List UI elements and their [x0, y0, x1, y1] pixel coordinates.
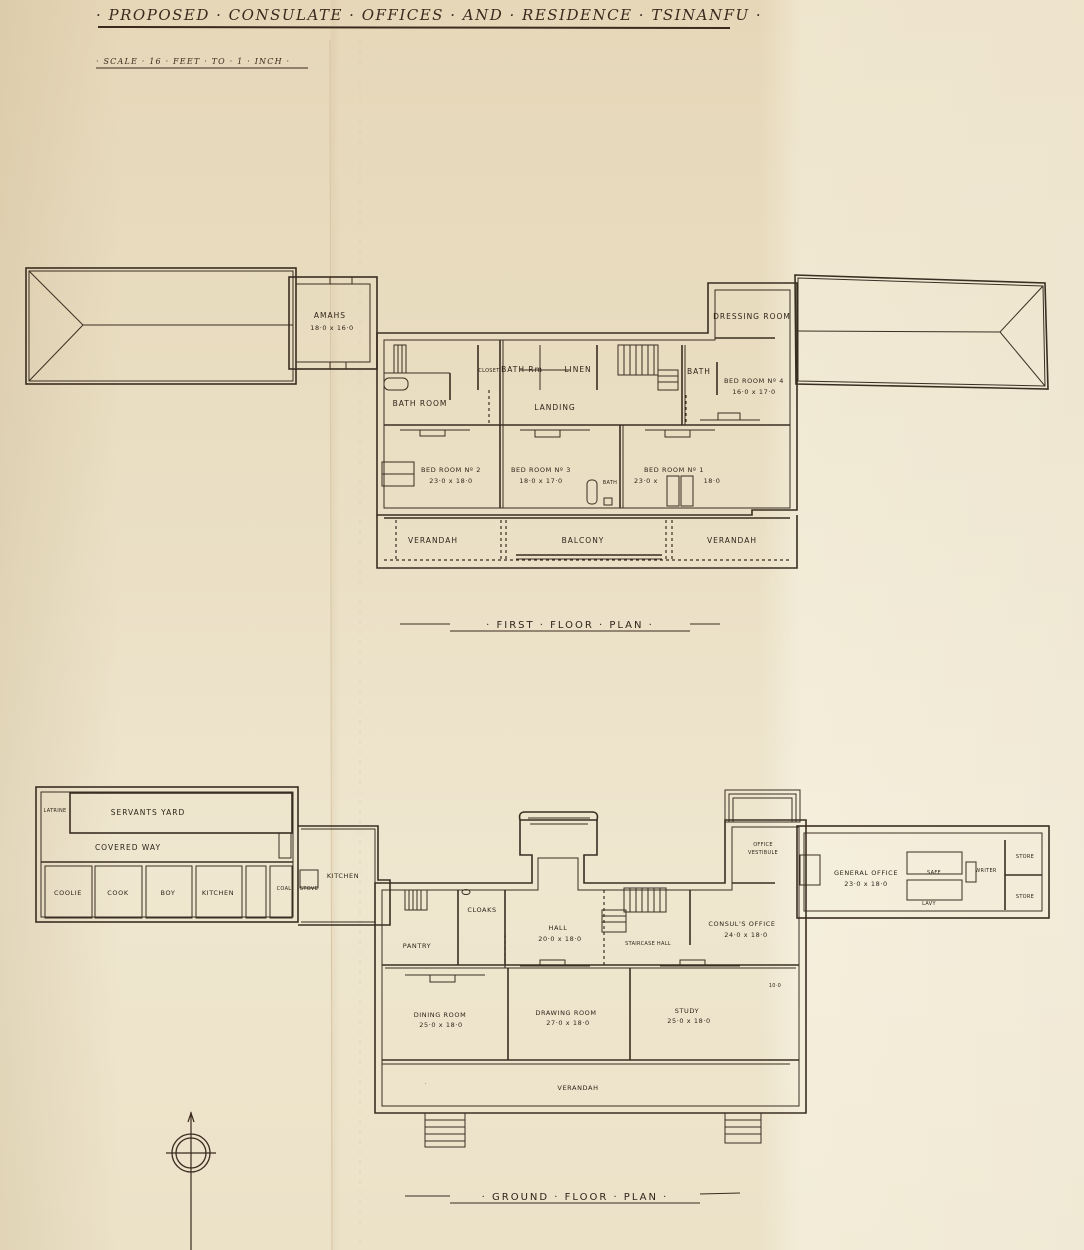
- ground-floor-plan-title: · GROUND · FLOOR · PLAN ·: [482, 1192, 669, 1203]
- room-label-pantry: PANTRY: [403, 942, 431, 950]
- first-floor-plan: AMAHS 18·0 x 16·0 BATH ROOM CLOSET BATH …: [26, 268, 1048, 631]
- room-label-kitchen: KITCHEN: [327, 872, 359, 880]
- room-label-bed-room-4: BED ROOM Nº 4: [724, 377, 784, 385]
- room-label-cook: COOK: [107, 889, 129, 897]
- room-label-closet: CLOSET: [478, 368, 500, 374]
- room-size-bed-room-1-b: 18·0: [704, 477, 721, 485]
- room-label-stove: STOVE: [300, 886, 318, 892]
- room-label-verandah: VERANDAH: [557, 1084, 598, 1092]
- room-label-coolie: COOLIE: [54, 889, 82, 897]
- room-size-bed-room-1-a: 23·0 x: [634, 477, 658, 485]
- room-label-hall: HALL: [549, 924, 568, 932]
- room-size-study: 25·0 x 18·0: [667, 1017, 711, 1025]
- room-label-bath-room: BATH ROOM: [393, 399, 448, 408]
- room-label-study: STUDY: [675, 1007, 699, 1015]
- passage-dimension: 10·0: [769, 983, 781, 989]
- room-label-balcony: BALCONY: [562, 536, 605, 545]
- room-label-dining-room: DINING ROOM: [414, 1011, 467, 1019]
- room-label-office-vestibule-a: OFFICE: [753, 842, 773, 848]
- room-label-safe: SAFE: [927, 870, 941, 876]
- room-label-bath-upper: BATH: [687, 367, 711, 376]
- room-size-bed-room-4: 16·0 x 17·0: [732, 388, 776, 396]
- room-label-writer: WRITER: [975, 868, 997, 874]
- ground-floor-stair: [405, 888, 666, 932]
- room-label-bed-room-3: BED ROOM Nº 3: [511, 466, 571, 474]
- document-title: · PROPOSED · CONSULATE · OFFICES · AND ·…: [96, 6, 762, 24]
- drawing-sheet: · PROPOSED · CONSULATE · OFFICES · AND ·…: [0, 0, 1084, 1250]
- room-label-store-2: STORE: [1016, 894, 1034, 900]
- room-size-hall: 20·0 x 18·0: [538, 935, 582, 943]
- room-size-dining-room: 25·0 x 18·0: [419, 1021, 463, 1029]
- ground-floor-plan: · LATRINE SERVANTS YARD COVERED WAY COOL…: [36, 787, 1049, 1203]
- left-roof: [26, 268, 296, 384]
- room-size-amahs: 18·0 x 16·0: [310, 324, 354, 332]
- room-size-general-office: 23·0 x 18·0: [844, 880, 888, 888]
- svg-text:·: ·: [425, 1081, 427, 1087]
- room-label-verandah-left: VERANDAH: [408, 536, 458, 545]
- room-label-lav: LAVY: [922, 901, 936, 907]
- room-size-consuls-office: 24·0 x 18·0: [724, 931, 768, 939]
- room-label-servants-yard: SERVANTS YARD: [111, 808, 186, 817]
- room-label-office-vestibule-b: VESTIBULE: [748, 850, 778, 856]
- room-label-bath-rm: BATH Rm: [501, 365, 543, 374]
- first-floor-plan-title: · FIRST · FLOOR · PLAN ·: [486, 620, 654, 631]
- room-label-cloaks: CLOAKS: [467, 906, 496, 914]
- room-size-bed-room-3: 18·0 x 17·0: [519, 477, 563, 485]
- room-label-verandah-right: VERANDAH: [707, 536, 757, 545]
- room-label-bed-room-1: BED ROOM Nº 1: [644, 466, 704, 474]
- room-size-drawing-room: 27·0 x 18·0: [546, 1019, 590, 1027]
- room-label-drawing-room: DRAWING ROOM: [535, 1009, 596, 1017]
- front-steps-left: [425, 1113, 465, 1147]
- room-label-consuls-office: CONSUL'S OFFICE: [708, 920, 775, 928]
- room-label-covered-way: COVERED WAY: [95, 843, 161, 852]
- room-label-dressing-room: DRESSING ROOM: [713, 312, 791, 321]
- room-label-bed-room-2: BED ROOM Nº 2: [421, 466, 481, 474]
- room-label-linen: LINEN: [564, 365, 591, 374]
- room-label-boy: BOY: [161, 889, 176, 897]
- room-size-bed-room-2: 23·0 x 18·0: [429, 477, 473, 485]
- room-label-bath-lower: BATH: [603, 480, 617, 486]
- room-label-landing: LANDING: [534, 403, 576, 412]
- room-label-general-office: GENERAL OFFICE: [834, 869, 898, 877]
- room-label-staircase-hall: STAIRCASE HALL: [625, 941, 671, 947]
- north-arrow-icon: [166, 1112, 216, 1250]
- right-roof: [795, 275, 1048, 389]
- room-label-store-1: STORE: [1016, 854, 1034, 860]
- room-label-coal: COAL: [277, 886, 292, 892]
- scale-note: · SCALE · 16 · FEET · TO · 1 · INCH ·: [96, 57, 290, 66]
- room-label-amahs: AMAHS: [314, 311, 346, 320]
- room-label-kitchen-servants: KITCHEN: [202, 889, 234, 897]
- title-block: · PROPOSED · CONSULATE · OFFICES · AND ·…: [96, 6, 762, 68]
- room-label-latrine: LATRINE: [44, 808, 67, 814]
- front-steps-right: [725, 1113, 761, 1143]
